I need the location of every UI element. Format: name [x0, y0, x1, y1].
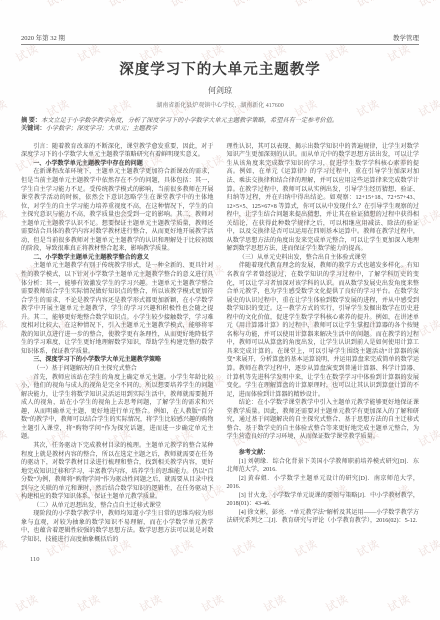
section-heading-2: 二、小学数学主题单元主题教学整合的意义 [21, 254, 214, 263]
section-heading-1: 一、小学数学单元主题教学中存在的问题 [21, 160, 214, 169]
reference-item: [1] 刘朝缘．综合化背景下美国小学教师职前培养模式研究[D]．东北师范大学，2… [227, 458, 420, 475]
article-meta: 摘 要：本文立足于小学数学教学角度，分析了深度学习下的小学数学大单元主题教学策略… [21, 117, 419, 134]
body-paragraph: 伴随着现代教育理念的发展，教师的教学方式也越发多样化。有知名教育学者曾经说过，在… [227, 262, 420, 399]
subsection-heading-3-1: （一）基于问题解决的自主探究式整合 [21, 365, 214, 374]
watermark-text: 试读 [199, 590, 228, 615]
body-paragraph: 理性认识，其可以表现、揭示出数学知识中的普遍规律，让学生对数学知识产生更加深刻的… [227, 143, 420, 254]
article-title: 深度学习下的大单元主题教学 [21, 58, 419, 79]
abstract-label: 摘 要： [21, 117, 41, 124]
journal-page: 试读试读试读试读试读试读试读试读试读试读试读试读试读试读试读试读试读试读试读试读… [0, 0, 440, 620]
right-column: 理性认识，其可以表现、揭示出数学知识中的普遍规律，让学生对数学知识产生更加深刻的… [227, 143, 420, 545]
author-affiliation: 湖南省新化县炉观镇中心学校，湖南新化 417600 [21, 100, 419, 109]
header-issue: 2020 年第 32 期 [21, 33, 65, 42]
article-body: 引言：随着教育改革的不断深化，课堂教学愈发重要，因此，对于深度学习下的小学数学大… [21, 143, 419, 545]
watermark-text: 试读 [13, 590, 42, 615]
references-heading: 参考文献： [227, 449, 420, 458]
reference-item: [3] 甘火龙．小学数学单元说课的要领与策略[J]．中小学教材教学，2018(0… [227, 492, 420, 509]
watermark-text: 试读 [261, 590, 290, 615]
page-number: 110 [30, 556, 40, 563]
watermark-text: 试读 [323, 590, 352, 615]
keywords-label: 关键词： [21, 125, 46, 132]
body-paragraph: 现阶段的小学数学教学中，教师均知道小学生日常的思维均较为形象与直观，对较为抽象的… [21, 510, 214, 544]
abstract-text: 本文立足于小学数学教学角度，分析了深度学习下的小学数学大单元主题教学策略，希望具… [41, 117, 338, 124]
page-content: 2020 年第 32 期 教学管理 深度学习下的大单元主题教学 何剑琼 湖南省新… [0, 0, 440, 545]
subsection-heading-3-3: （三）从单元史料出发，整合出自主体验式课堂 [227, 254, 420, 263]
body-paragraph: 在新课程改革环境下，主题单元主题教学更加符合新课改的需求，但是当前主题单元主题教… [21, 168, 214, 253]
keywords-row: 关键词：小学数学；深度学习；大单元；主题教学 [21, 125, 419, 133]
body-paragraph: 其次，任务驱动下完成教材目录的梳理。主题单元教学的整合某种程度上就是教材内容的整… [21, 442, 214, 502]
watermark-text: 试读 [75, 590, 104, 615]
reference-item: [4] 徐文彬，彭亮．“单元教学法”解析及其运用——小学数学教学方法研究系列之二… [227, 509, 420, 526]
body-paragraph: 主题单元主题教学有别于传统教学形式，是一种全新的、更具针对性的教学模式，以下针对… [21, 262, 214, 356]
keywords-text: 小学数学；深度学习；大单元；主题教学 [46, 125, 157, 132]
header-section: 教学管理 [393, 33, 419, 42]
subsection-heading-3-2: （二）从单元思想出发，整合点自主迁移式课堂 [21, 502, 214, 511]
section-heading-3: 三、深度学习下的小学数学大单元主题教学策略 [21, 356, 214, 365]
left-column: 引言：随着教育改革的不断深化，课堂教学愈发重要，因此，对于深度学习下的小学数学大… [21, 143, 214, 545]
article-author: 何剑琼 [21, 85, 419, 96]
intro-paragraph: 引言：随着教育改革的不断深化，课堂教学愈发重要，因此，对于深度学习下的小学数学大… [21, 143, 214, 160]
watermark-text: 试读 [137, 590, 166, 615]
reference-item: [2] 黄春姐．小学数学主题单元设计的研究[D]．南京师范大学，2016. [227, 475, 420, 492]
running-header: 2020 年第 32 期 教学管理 [21, 0, 419, 45]
watermark-text: 试读 [385, 590, 414, 615]
body-paragraph: 首先，教师应该站在学生的角度上确定单元主题。小学生年龄比较小，他们的视角与成人的… [21, 374, 214, 442]
conclusion-paragraph: 结论：在小学数学课堂教学中引入主题单元教学能够更好地保证课堂教学质量。因此，教师… [227, 399, 420, 442]
